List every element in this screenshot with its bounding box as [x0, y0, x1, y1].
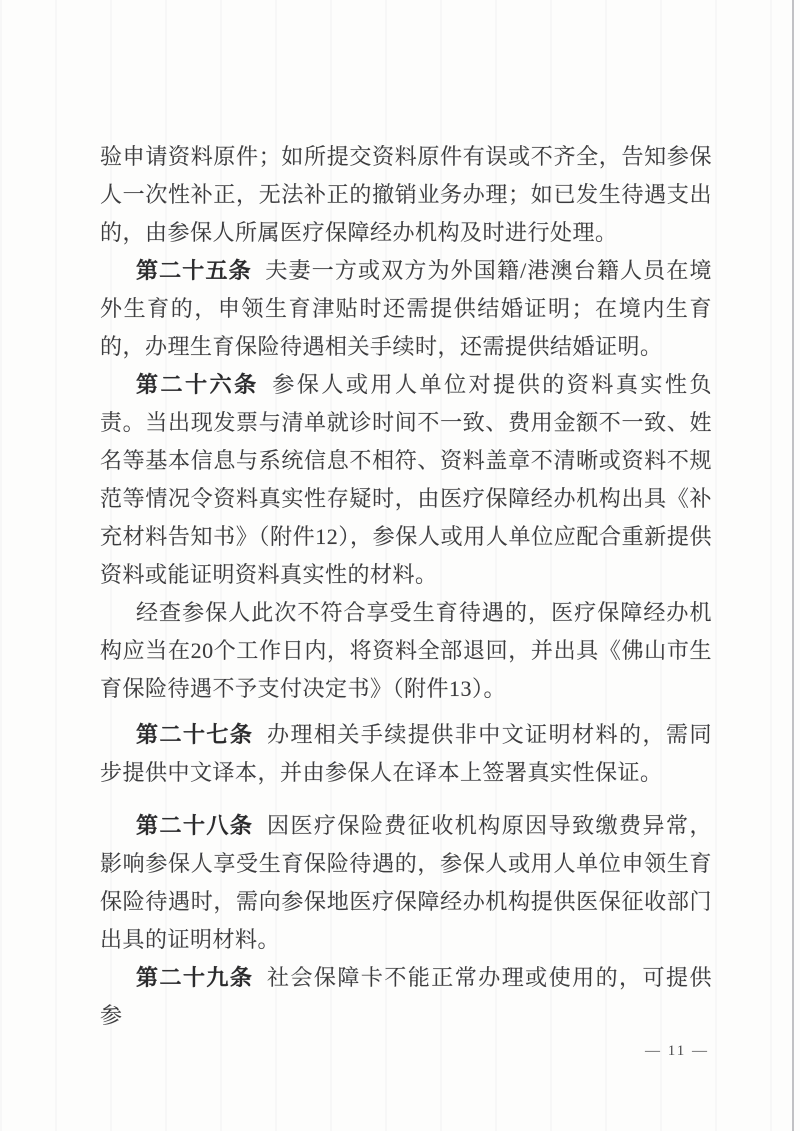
paragraph-text: 经查参保人此次不符合享受生育待遇的，医疗保障经办机构应当在20个工作日内，将资料… [100, 600, 712, 701]
article-number: 第二十九条 [136, 965, 253, 990]
article-number: 第二十八条 [136, 813, 253, 838]
paragraph-continuation: 验申请资料原件；如所提交资料原件有误或不齐全，告知参保人一次性补正，无法补正的撤… [100, 138, 712, 252]
paragraph-article-25: 第二十五条夫妻一方或双方为外国籍/港澳台籍人员在境外生育的，申领生育津贴时还需提… [100, 252, 712, 366]
paragraph-article-26: 第二十六条参保人或用人单位对提供的资料真实性负责。当出现发票与清单就诊时间不一致… [100, 366, 712, 594]
scan-edge-line [792, 0, 794, 1131]
document-page: 验申请资料原件；如所提交资料原件有误或不齐全，告知参保人一次性补正，无法补正的撤… [100, 138, 712, 1035]
article-number: 第二十七条 [136, 722, 253, 747]
paragraph-review: 经查参保人此次不符合享受生育待遇的，医疗保障经办机构应当在20个工作日内，将资料… [100, 594, 712, 708]
paragraph-article-29: 第二十九条社会保障卡不能正常办理或使用的，可提供参 [100, 959, 712, 1035]
paragraph-article-27: 第二十七条办理相关手续提供非中文证明材料的，需同步提供中文译本，并由参保人在译本… [100, 716, 712, 792]
article-number: 第二十六条 [136, 372, 259, 397]
paragraph-text: 验申请资料原件；如所提交资料原件有误或不齐全，告知参保人一次性补正，无法补正的撤… [100, 144, 712, 245]
paragraph-text: 参保人或用人单位对提供的资料真实性负责。当出现发票与清单就诊时间不一致、费用金额… [100, 372, 712, 587]
page-number: — 11 — [645, 1043, 709, 1060]
paragraph-article-28: 第二十八条因医疗保险费征收机构原因导致缴费异常，影响参保人享受生育保险待遇的，参… [100, 807, 712, 959]
article-number: 第二十五条 [136, 258, 252, 283]
